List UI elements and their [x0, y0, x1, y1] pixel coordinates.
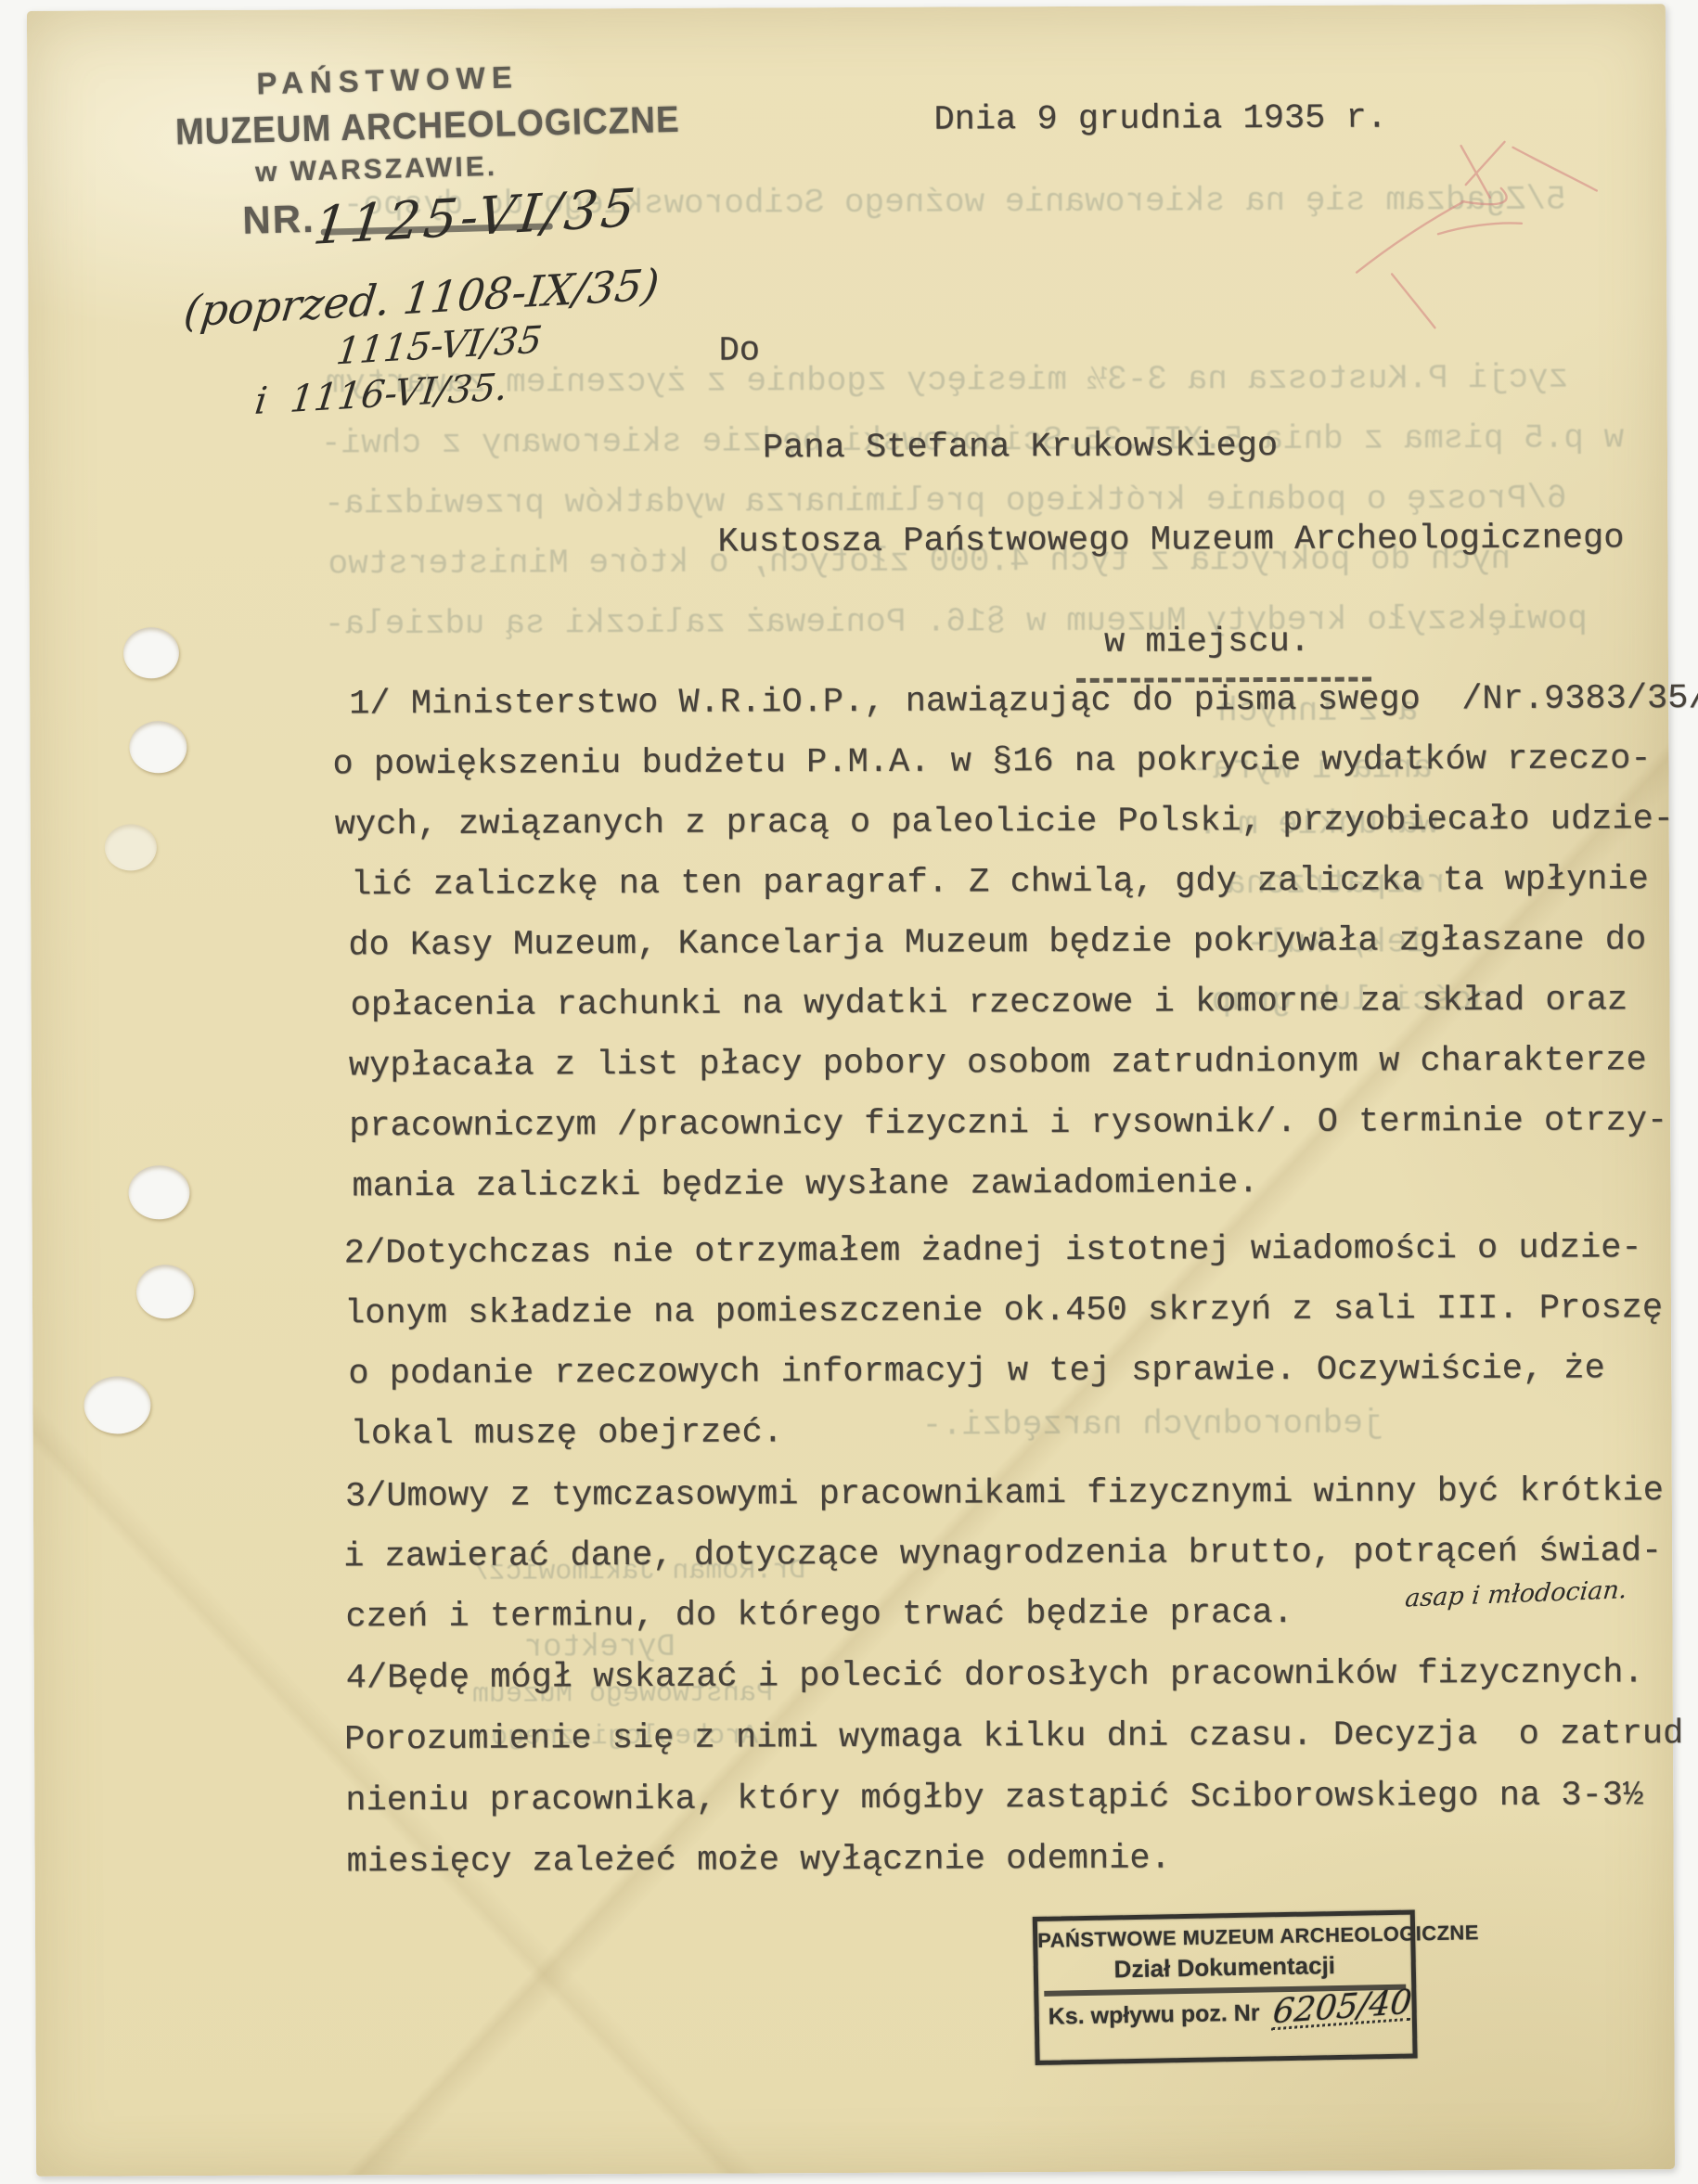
paper-tear-notch [1679, 1005, 1698, 1053]
punch-hole [128, 1165, 189, 1219]
body-line: lokal muszę obejrzeć. [351, 1413, 783, 1454]
stamp-nr-label: NR. [242, 197, 316, 243]
body-line: wych, związanych z pracą o paleolicie Po… [335, 800, 1674, 844]
body-line: wypłacała z list płacy pobory osobom zat… [349, 1041, 1647, 1086]
bleedthrough-text-line: powiększyło kredyty Muzeum w §16. Poniew… [325, 600, 1588, 644]
body-line: Porozumienie się z nimi wymaga kilku dni… [344, 1715, 1683, 1759]
body-line: pracowniczym /pracownicy fizyczni i ryso… [349, 1101, 1667, 1146]
punch-hole [84, 1376, 150, 1433]
doc-stamp-org: PAŃSTWOWE MUZEUM ARCHEOLOGICZNE [1037, 1922, 1410, 1953]
body-line: 4/Będę mógł wskazać i polecić dorosłych … [346, 1653, 1644, 1698]
recipient-place: w miejscu. [1104, 623, 1310, 662]
punch-hole [129, 721, 187, 773]
bleedthrough-text-line: zycji P.Kustosza na 3-3½ miesięcy zgodni… [326, 359, 1569, 403]
body-line: 1/ Ministerstwo W.R.iO.P., nawiązując do… [349, 679, 1698, 724]
punch-holes [27, 4, 1666, 11]
recipient-title: Kustosza Państwowego Muzeum Archeologicz… [717, 520, 1624, 561]
letter-page: 5/Zgadzam się na skierowanie woźnego Sci… [27, 4, 1675, 2177]
punch-hole [105, 824, 157, 870]
bleedthrough-layer: 5/Zgadzam się na skierowanie woźnego Sci… [27, 4, 1666, 11]
body-line: nieniu pracownika, który mógłby zastąpić… [345, 1776, 1643, 1820]
body-line: czeń i terminu, do którego trwać będzie … [345, 1594, 1293, 1637]
stamp-org-line1: PAŃSTWOWE [201, 58, 573, 103]
recipient-name: Pana Stefana Krukowskiego [763, 428, 1278, 468]
punch-hole [123, 627, 179, 678]
red-pencil-scribble [1307, 87, 1698, 330]
stamp-org-line3: w WARSZAWIE. [255, 149, 576, 189]
body-line: opłacenia rachunki na wydatki rzeczowe i… [351, 981, 1628, 1025]
body-line: do Kasy Muzeum, Kancelarja Muzeum będzie… [348, 920, 1646, 965]
punch-hole [136, 1265, 194, 1318]
doc-stamp-dept: Dział Dokumentacji [1038, 1950, 1412, 1985]
recipient-line-do: Do [718, 332, 760, 370]
body-line: lonym składzie na pomieszczenie ok.450 s… [344, 1289, 1663, 1333]
body-line: 2/Dotychczas nie otrzymałem żadnej istot… [344, 1228, 1642, 1273]
scanned-document: 5/Zgadzam się na skierowanie woźnego Sci… [0, 0, 1698, 2184]
body-line: o powiększeniu budżetu P.M.A. w §16 na p… [332, 739, 1651, 784]
stamp-org-line2: MUZEUM ARCHEOLOGICZNE [174, 101, 574, 153]
body-line: 3/Umowy z tymczasowymi pracownikami fizy… [345, 1471, 1664, 1516]
handwritten-margin-note: asap i młodocian. [1404, 1575, 1628, 1613]
bleedthrough-text-line: jednorodnych narzędzi.- [921, 1405, 1383, 1445]
body-line: mania zaliczki będzie wysłane zawiadomie… [352, 1163, 1258, 1206]
body-line: miesięcy zależeć może wyłącznie odemnie. [347, 1840, 1171, 1882]
doc-stamp-entry-label: Ks. wpływu poz. Nr [1048, 2000, 1260, 2031]
body-line: lić zaliczkę na ten paragraf. Z chwilą, … [351, 860, 1649, 905]
handwritten-ref-line3: i 1116-VI/35. [252, 366, 509, 423]
handwritten-entry-number: 6205/40 [1271, 1987, 1413, 2030]
letter-body: 1/ Ministerstwo W.R.iO.P., nawiązując do… [27, 4, 1666, 11]
doc-stamp-entry-row: Ks. wpływu poz. Nr 6205/40 [1048, 1998, 1405, 2031]
body-line: i zawierać dane, dotyczące wynagrodzenia… [343, 1532, 1662, 1576]
bleedthrough-text-line: 6/Proszę o podanie krótkiego preliminarz… [324, 480, 1567, 523]
documentation-stamp: PAŃSTWOWE MUZEUM ARCHEOLOGICZNE Dział Do… [1033, 1909, 1418, 2065]
body-line: o podanie rzeczowych informacyj w tej sp… [348, 1349, 1605, 1394]
